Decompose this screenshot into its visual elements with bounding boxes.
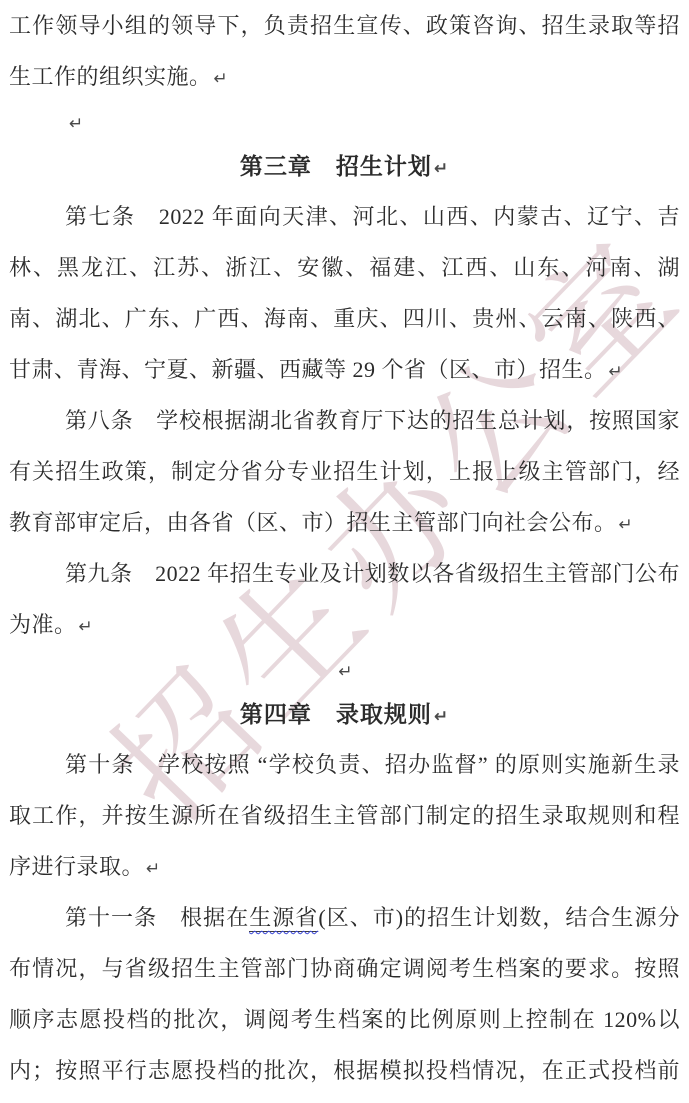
text-line: 第七条 2022 年面向天津、河北、山西、内蒙古、辽宁、吉 (9, 191, 680, 242)
text-segment: 为准。 (9, 612, 77, 637)
text-line: 有关招生政策，制定分省分专业招生计划，上报上级主管部门，经 (9, 446, 680, 497)
text-segment: (区、市)的招生计划数，结合生源分 (318, 905, 680, 930)
text-line: 工作领导小组的领导下，负责招生宣传、政策咨询、招生录取等招 (9, 0, 680, 51)
chapter-heading: 第三章 招生计划↵ (9, 142, 680, 191)
text-segment: 取工作，并按生源所在省级招生主管部门制定的招生录取规则和程 (9, 803, 680, 828)
text-line: 南、湖北、广东、广西、海南、重庆、四川、贵州、云南、陕西、 (9, 293, 680, 344)
paragraph-mark-icon: ↵ (77, 617, 94, 637)
text-segment: 有关招生政策，制定分省分专业招生计划，上报上级主管部门，经 (9, 459, 680, 484)
text-segment: 第十一条 根据在 (65, 905, 249, 930)
document-content: 工作领导小组的领导下，负责招生宣传、政策咨询、招生录取等招生工作的组织实施。↵↵… (0, 0, 689, 1096)
text-segment: 南、湖北、广东、广西、海南、重庆、四川、贵州、云南、陕西、 (9, 306, 680, 331)
text-line: 第十一条 根据在生源省(区、市)的招生计划数，结合生源分 (9, 892, 680, 943)
underlined-term: 生源省 (249, 905, 318, 932)
text-line: 布情况，与省级招生主管部门协商确定调阅考生档案的要求。按照 (9, 943, 680, 994)
text-line: 教育部审定后，由各省（区、市）招生主管部门向社会公布。↵ (9, 497, 680, 548)
text-segment: 序进行录取。 (9, 854, 144, 879)
text-segment: 甘肃、青海、宁夏、新疆、西藏等 29 个省（区、市）招生。 (9, 357, 607, 382)
text-segment: 第十条 学校按照 “学校负责、招办监督” 的原则实施新生录 (65, 752, 680, 777)
text-line: 第九条 2022 年招生专业及计划数以各省级招生主管部门公布 (9, 548, 680, 599)
text-segment: 生工作的组织实施。 (9, 64, 212, 89)
text-segment: 第八条 学校根据湖北省教育厅下达的招生总计划，按照国家 (65, 408, 680, 433)
chapter-heading-text: 第四章 录取规则 (240, 702, 432, 727)
chapter-heading: 第四章 录取规则↵ (9, 690, 680, 739)
text-segment: 林、黑龙江、江苏、浙江、安徽、福建、江西、山东、河南、湖 (9, 255, 680, 280)
text-segment: 布情况，与省级招生主管部门协商确定调阅考生档案的要求。按照 (9, 956, 680, 981)
text-segment: 内；按照平行志愿投档的批次，根据模拟投档情况，在正式投档前 (9, 1058, 680, 1083)
text-line: 内；按照平行志愿投档的批次，根据模拟投档情况，在正式投档前 (9, 1045, 680, 1096)
text-line: 甘肃、青海、宁夏、新疆、西藏等 29 个省（区、市）招生。↵ (9, 344, 680, 395)
text-line: 第十条 学校按照 “学校负责、招办监督” 的原则实施新生录 (9, 739, 680, 790)
chapter-heading-text: 第三章 招生计划 (240, 154, 432, 179)
text-segment: 顺序志愿投档的批次，调阅考生档案的比例原则上控制在 120%以 (9, 1007, 680, 1032)
text-segment: 第七条 2022 年面向天津、河北、山西、内蒙古、辽宁、吉 (65, 204, 680, 229)
text-line: 序进行录取。↵ (9, 841, 680, 892)
paragraph-mark-icon: ↵ (607, 362, 624, 382)
text-line: 为准。↵ (9, 599, 680, 650)
text-line: 林、黑龙江、江苏、浙江、安徽、福建、江西、山东、河南、湖 (9, 242, 680, 293)
paragraph-mark-icon: ↵ (432, 159, 449, 179)
paragraph-mark-icon: ↵ (336, 662, 352, 682)
empty-paragraph: ↵ (9, 102, 680, 142)
document-page: 招生办公室 工作领导小组的领导下，负责招生宣传、政策咨询、招生录取等招生工作的组… (0, 0, 689, 1103)
text-segment: 第九条 2022 年招生专业及计划数以各省级招生主管部门公布 (65, 561, 680, 586)
paragraph-mark-icon: ↵ (432, 707, 449, 727)
paragraph-mark-icon: ↵ (67, 114, 83, 134)
text-segment: 工作领导小组的领导下，负责招生宣传、政策咨询、招生录取等招 (9, 13, 680, 38)
paragraph-mark-icon: ↵ (617, 515, 634, 535)
text-segment: 教育部审定后，由各省（区、市）招生主管部门向社会公布。 (9, 510, 617, 535)
paragraph-mark-icon: ↵ (212, 69, 229, 89)
paragraph-mark-icon: ↵ (144, 859, 161, 879)
text-line: 第八条 学校根据湖北省教育厅下达的招生总计划，按照国家 (9, 395, 680, 446)
empty-paragraph: ↵ (9, 650, 680, 690)
text-line: 取工作，并按生源所在省级招生主管部门制定的招生录取规则和程 (9, 790, 680, 841)
text-line: 顺序志愿投档的批次，调阅考生档案的比例原则上控制在 120%以 (9, 994, 680, 1045)
text-line: 生工作的组织实施。↵ (9, 51, 680, 102)
